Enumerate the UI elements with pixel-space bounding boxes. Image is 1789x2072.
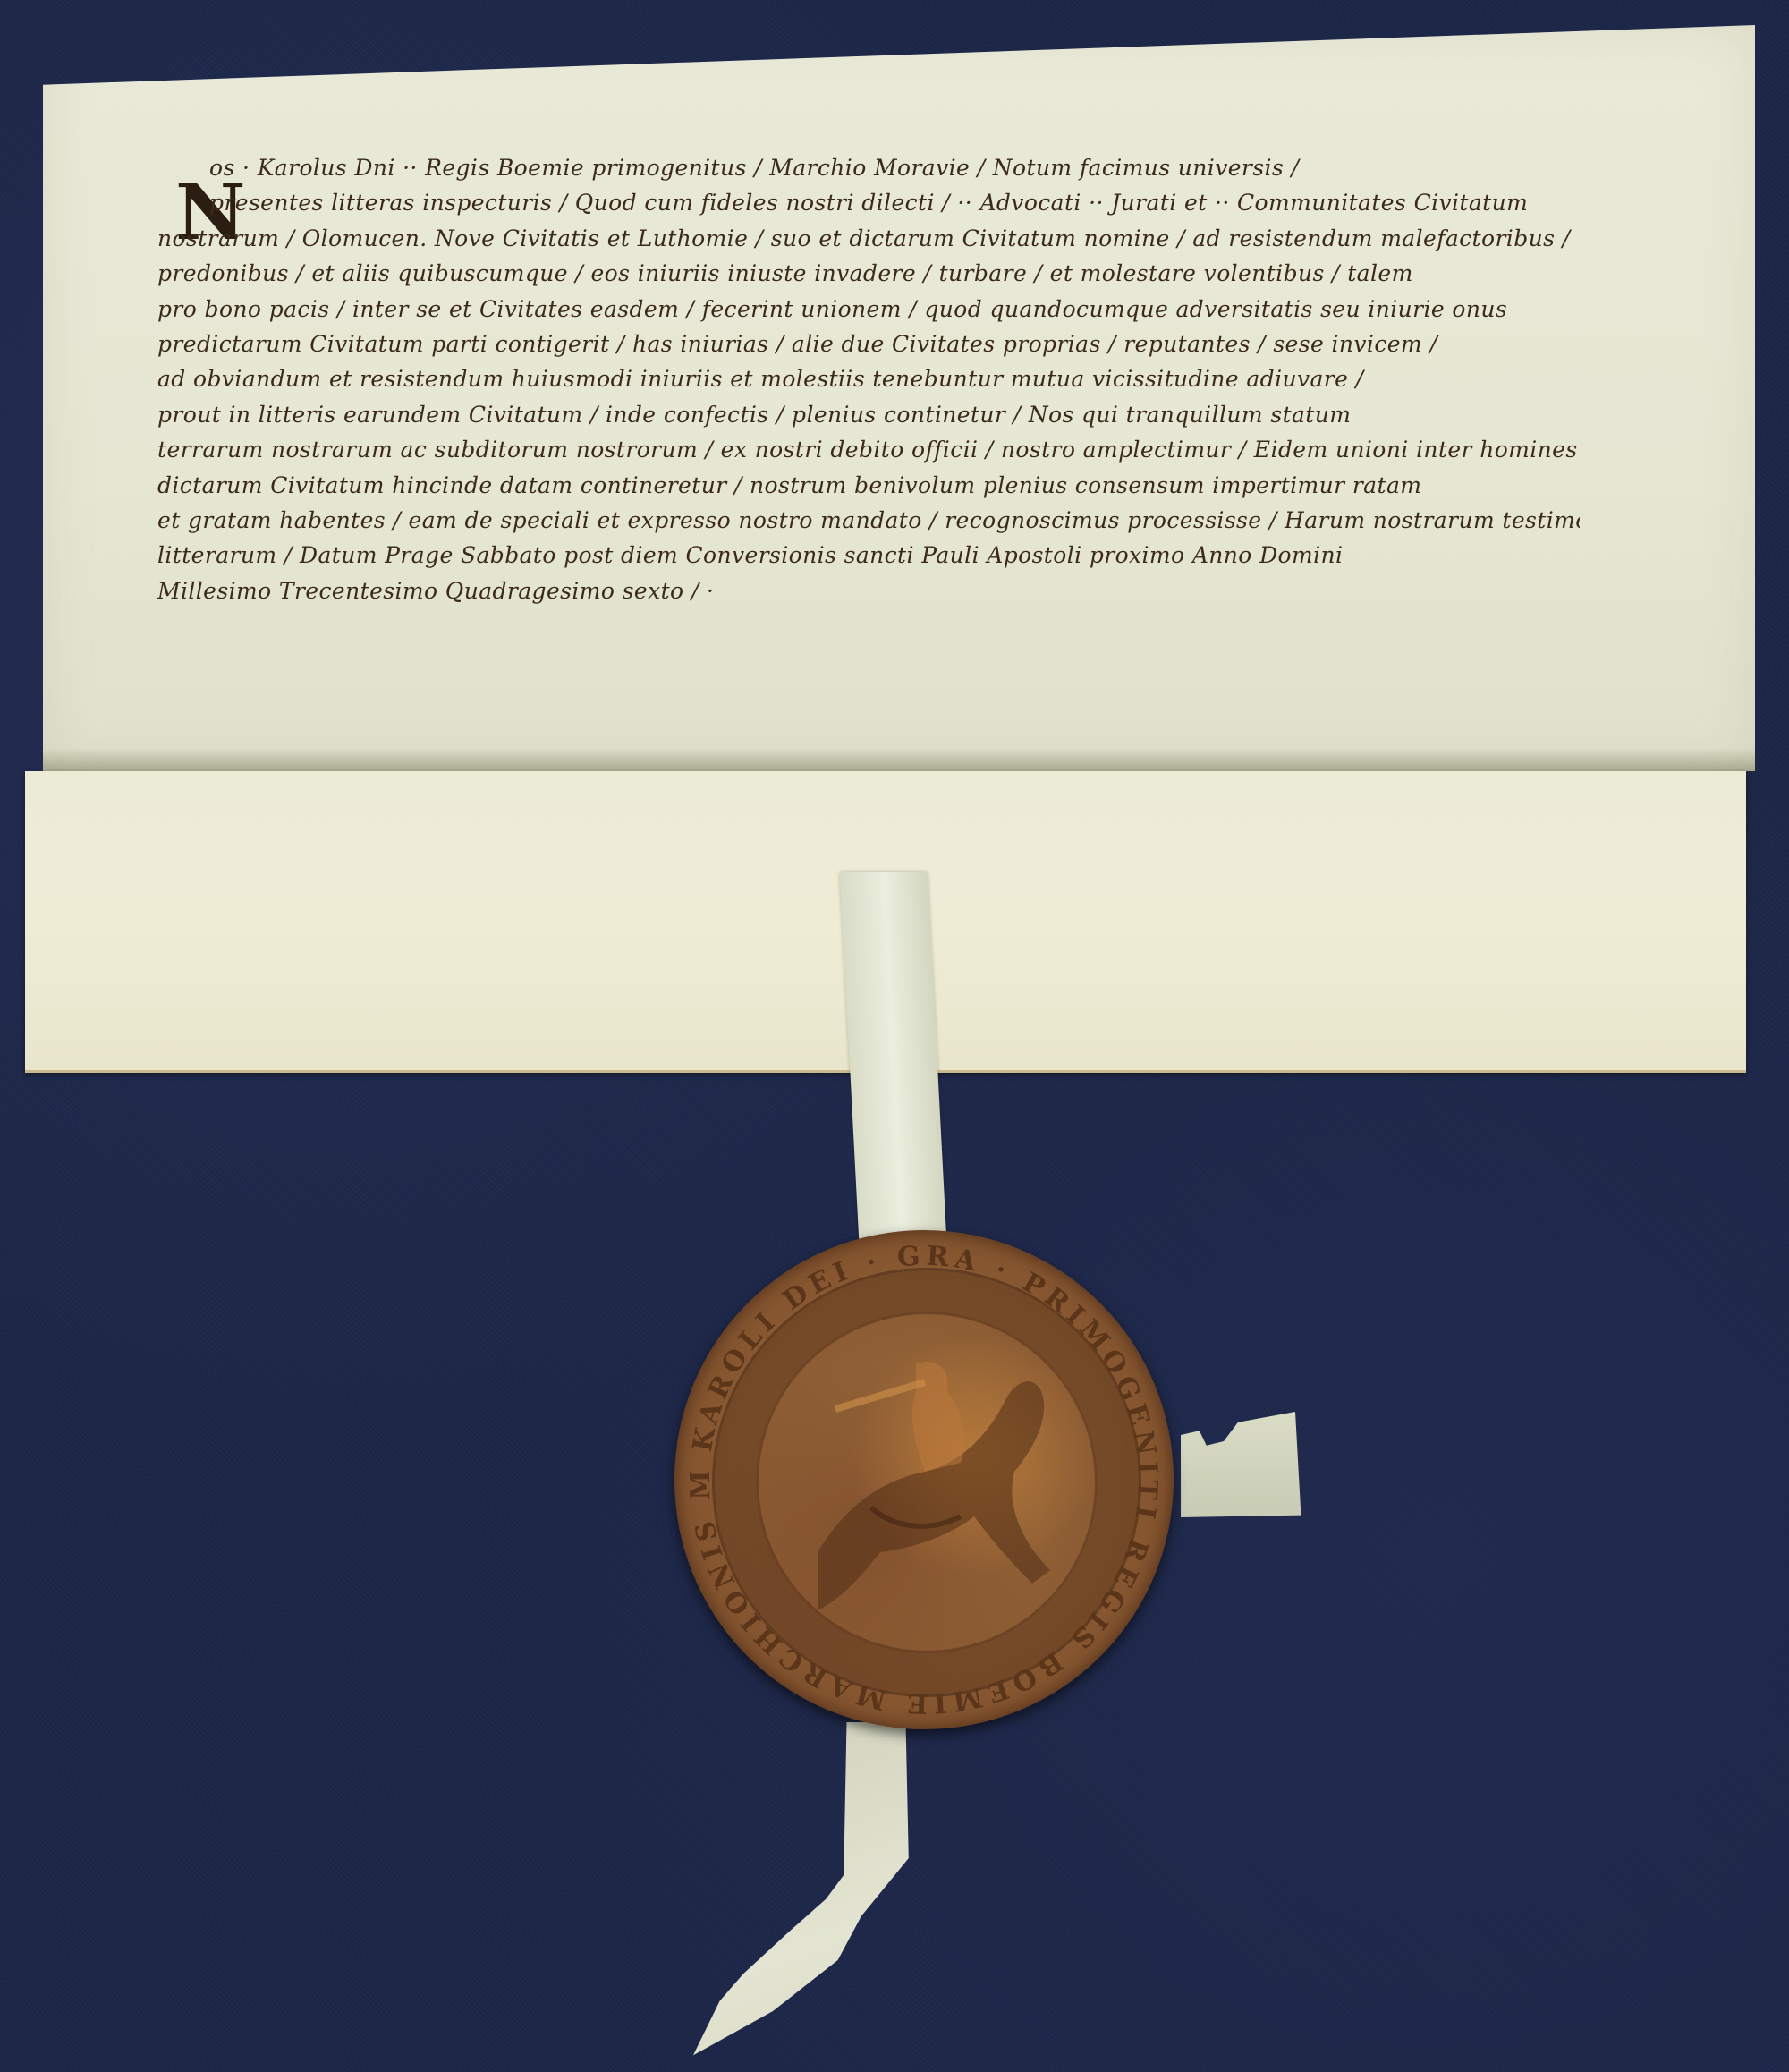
text-line: os · Karolus Dni ·· Regis Boemie primoge… bbox=[157, 150, 1580, 185]
text-line: ad obviandum et resistendum huiusmodi in… bbox=[157, 361, 1580, 396]
text-line: Millesimo Trecentesimo Quadragesimo sext… bbox=[157, 573, 1580, 608]
text-line: predictarum Civitatum parti contigerit /… bbox=[157, 327, 1580, 361]
text-line: dictarum Civitatum hincinde datam contin… bbox=[157, 468, 1580, 503]
charter-text: os · Karolus Dni ·· Regis Boemie primoge… bbox=[157, 150, 1580, 608]
text-line: presentes litteras inspecturis / Quod cu… bbox=[157, 185, 1580, 220]
text-line: predonibus / et aliis quibuscumque / eos… bbox=[157, 256, 1580, 291]
text-line: nostrarum / Olomucen. Nove Civitatis et … bbox=[157, 221, 1580, 256]
equestrian-knight-icon bbox=[782, 1329, 1068, 1633]
text-line: et gratam habentes / eam de speciali et … bbox=[157, 503, 1580, 538]
text-line: terrarum nostrarum ac subditorum nostror… bbox=[157, 432, 1580, 467]
text-line: prout in litteris earundem Civitatum / i… bbox=[157, 397, 1580, 432]
wax-seal: KAROLI DEI · GRA · PRIMOGENITI REGIS BOE… bbox=[674, 1230, 1174, 1729]
text-line: pro bono pacis / inter se et Civitates e… bbox=[157, 292, 1580, 327]
parchment-strap-right bbox=[1181, 1412, 1324, 1517]
parchment-strap-lower bbox=[684, 1722, 979, 2062]
text-line: litterarum / Datum Prage Sabbato post di… bbox=[157, 538, 1580, 573]
